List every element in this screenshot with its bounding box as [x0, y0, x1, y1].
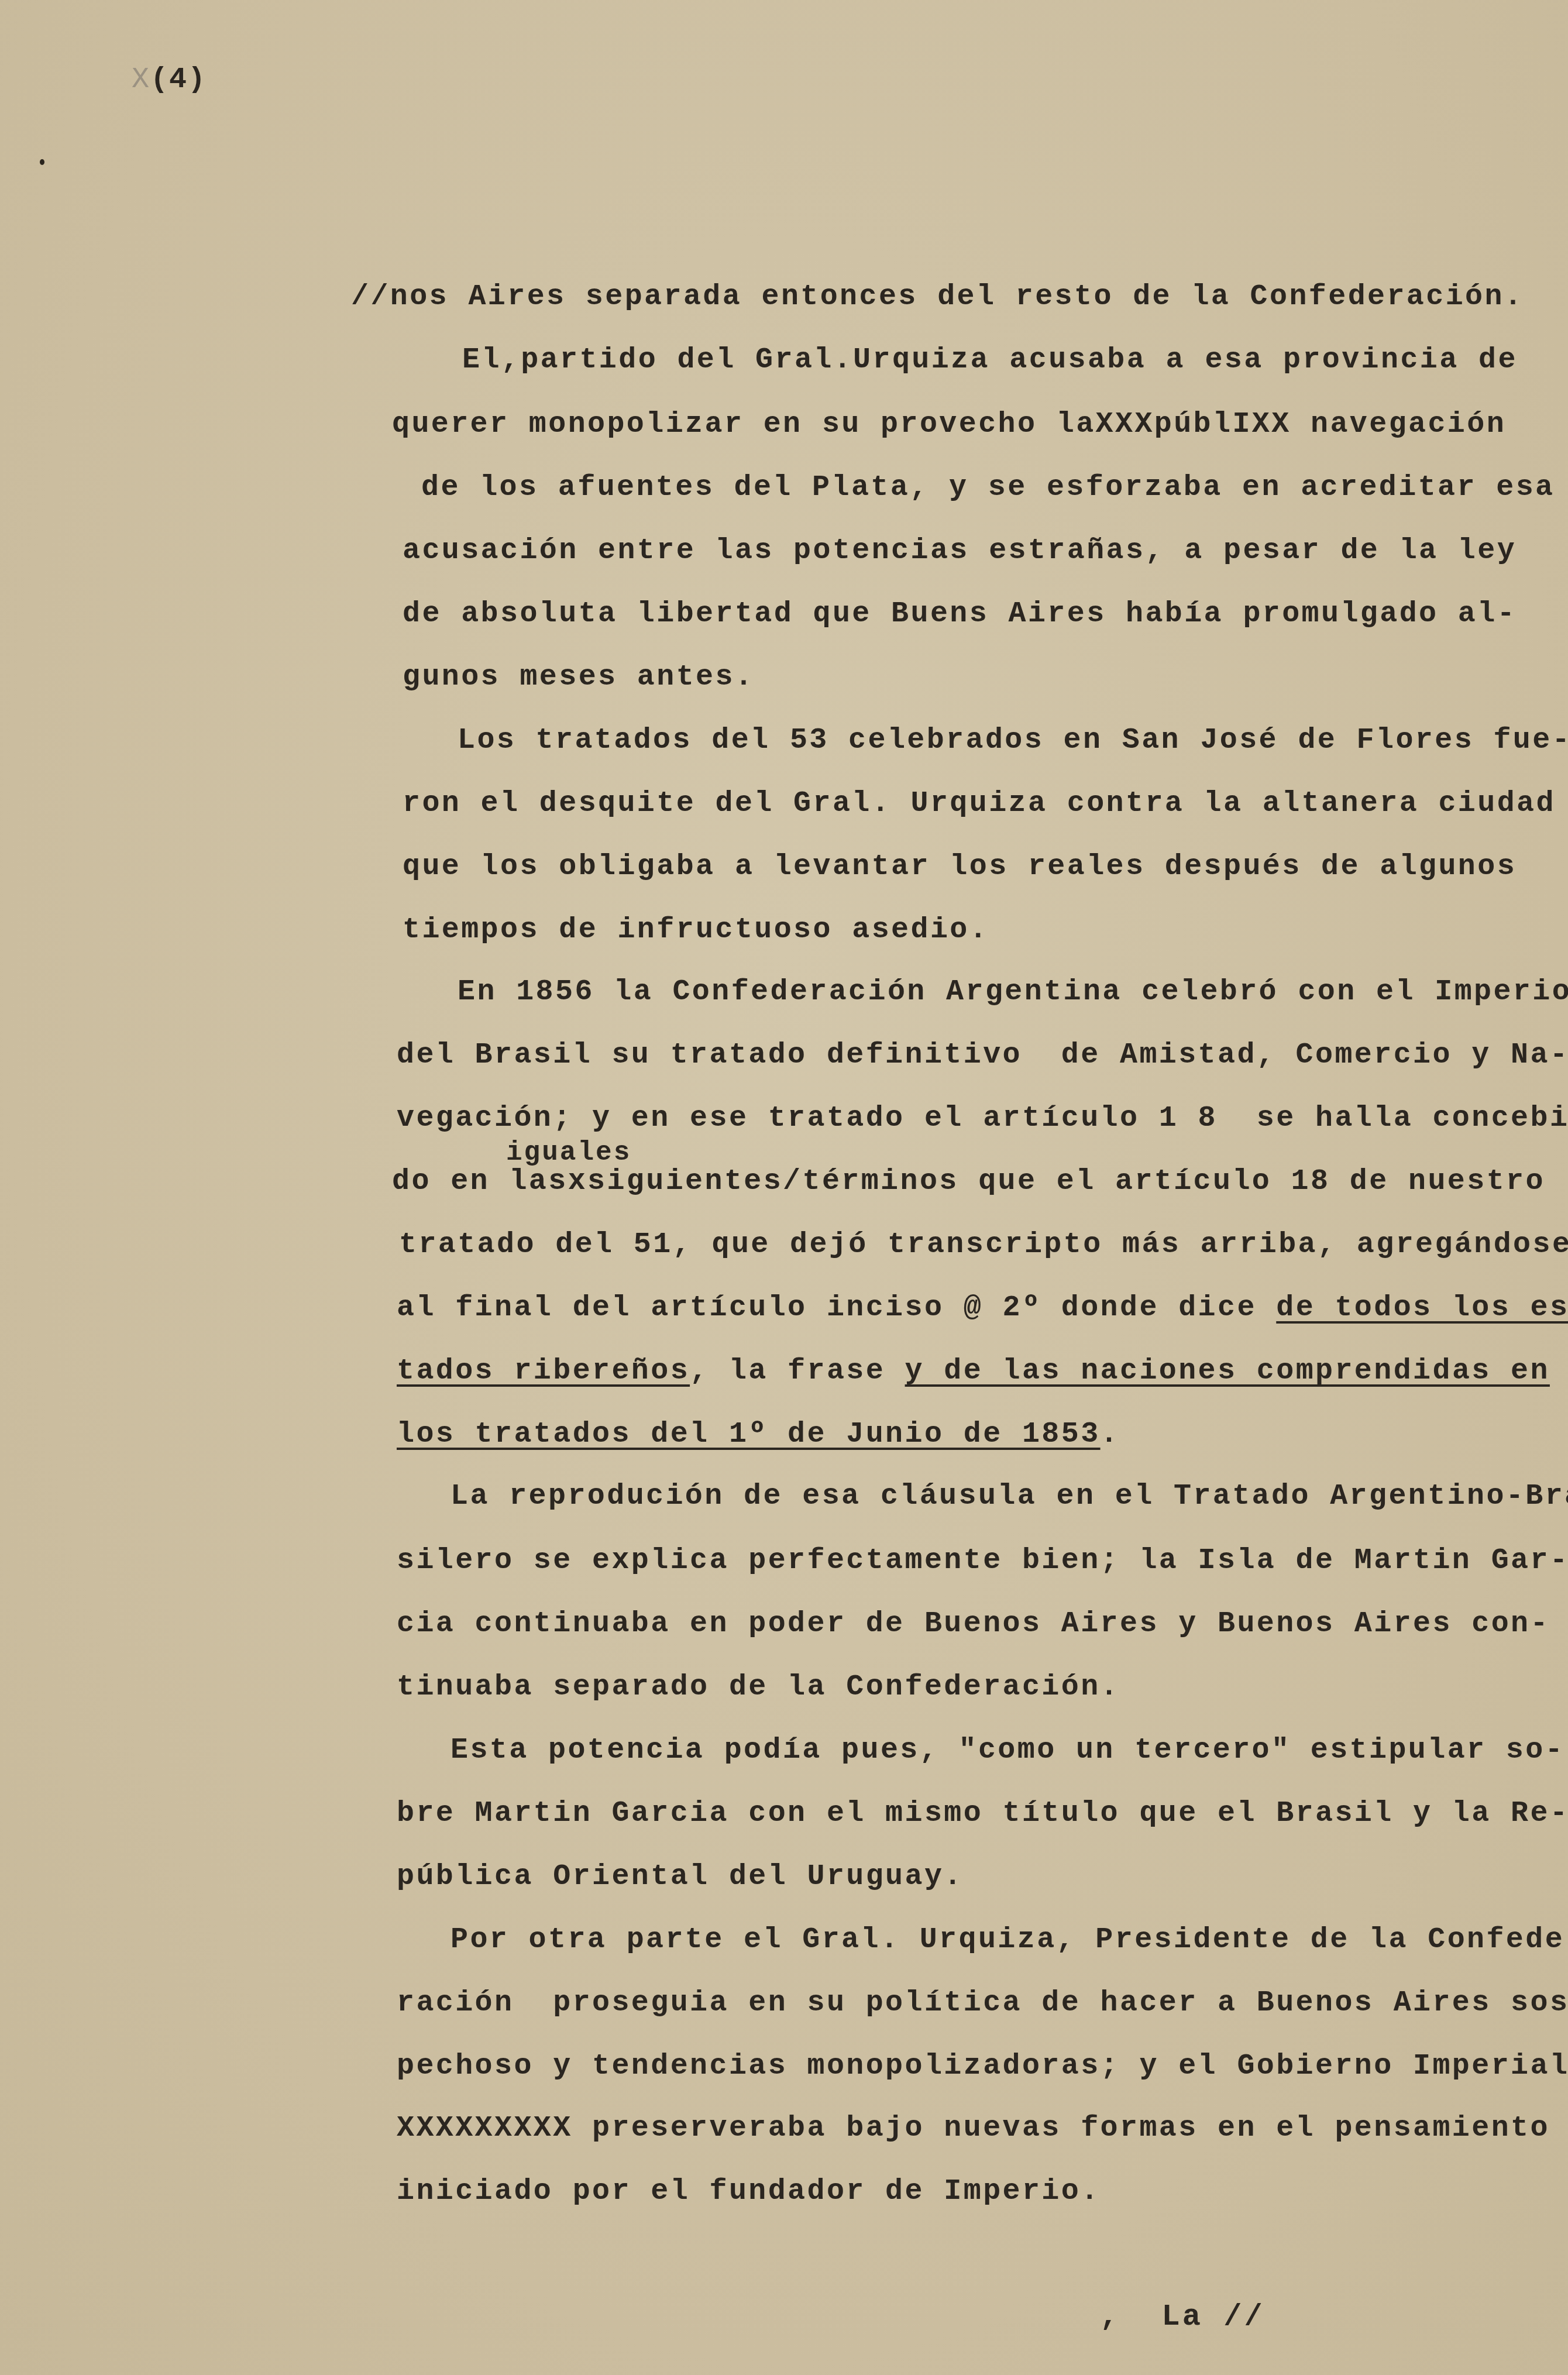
text-line: ración proseguia en su política de hacer… [397, 1986, 1568, 2021]
page-number-prefix: X [132, 63, 150, 97]
text-line: tados ribereños, la frase y de las nacio… [397, 1354, 1550, 1389]
text-line: En 1856 la Confederación Argentina celeb… [458, 975, 1568, 1010]
interlinear-insert: iguales [506, 1137, 631, 1168]
text-line: tratado del 51, que dejó transcripto más… [399, 1228, 1568, 1263]
text-segment: , la frase [690, 1355, 905, 1388]
text-line: ron el desquite del Gral. Urquiza contra… [403, 786, 1556, 822]
text-line: iniciado por el fundador de Imperio. [397, 2174, 1101, 2209]
text-line: al final del artículo inciso @ 2º donde … [397, 1291, 1568, 1326]
text-line: do en lasxsiguientes/términos que el art… [392, 1164, 1545, 1199]
text-line: //nos Aires separada entonces del resto … [351, 280, 1524, 315]
text-line: Esta potencia podía pues, "como un terce… [451, 1733, 1564, 1768]
page-number-label: (4) [150, 63, 207, 97]
text-segment: . [1101, 1418, 1120, 1451]
text-line: querer monopolizar en su provecho laXXXp… [392, 407, 1506, 442]
text-line: cia continuaba en poder de Buenos Aires … [397, 1607, 1550, 1642]
text-line: los tratados del 1º de Junio de 1853. [397, 1417, 1120, 1452]
text-line: bre Martin Garcia con el mismo título qu… [397, 1796, 1568, 1831]
catchword: , La // [1100, 2300, 1265, 2334]
text-line: XXXXXXXXX preserveraba bajo nuevas forma… [397, 2111, 1550, 2146]
text-line: Los tratados del 53 celebrados en San Jo… [458, 723, 1568, 758]
text-line: del Brasil su tratado definitivo de Amis… [397, 1038, 1568, 1073]
text-line: tinuaba separado de la Confederación. [397, 1670, 1120, 1705]
text-line: Por otra parte el Gral. Urquiza, Preside… [451, 1923, 1568, 1958]
text-line: silero se explica perfectamente bien; la… [397, 1544, 1568, 1579]
text-line: El,partido del Gral.Urquiza acusaba a es… [462, 343, 1518, 378]
underlined-quote: y de las naciones comprendidas en [905, 1355, 1550, 1388]
text-line: que los obligaba a levantar los reales d… [403, 850, 1517, 885]
text-line: pechoso y tendencias monopolizadoras; y … [397, 2049, 1568, 2084]
text-line: La reprodución de esa cláusula en el Tra… [451, 1479, 1568, 1514]
text-line: tiempos de infructuoso asedio. [403, 913, 989, 948]
text-line: gunos meses antes. [403, 660, 754, 695]
text-segment: al final del artículo inciso @ 2º donde … [397, 1291, 1276, 1325]
text-line: de absoluta libertad que Buens Aires hab… [403, 597, 1517, 632]
text-line: pública Oriental del Uruguay. [397, 1860, 964, 1895]
underlined-quote: tados ribereños [397, 1355, 690, 1388]
underlined-quote: los tratados del 1º de Junio de 1853 [397, 1418, 1101, 1451]
ink-speck [40, 159, 44, 165]
text-line: de los afuentes del Plata, y se esforzab… [421, 470, 1555, 506]
underlined-quote: de todos los es- [1276, 1291, 1568, 1325]
text-line: vegación; y en ese tratado el artículo 1… [397, 1101, 1568, 1136]
page-number: X(4) [132, 63, 207, 97]
text-line: acusación entre las potencias estrañas, … [403, 534, 1517, 569]
